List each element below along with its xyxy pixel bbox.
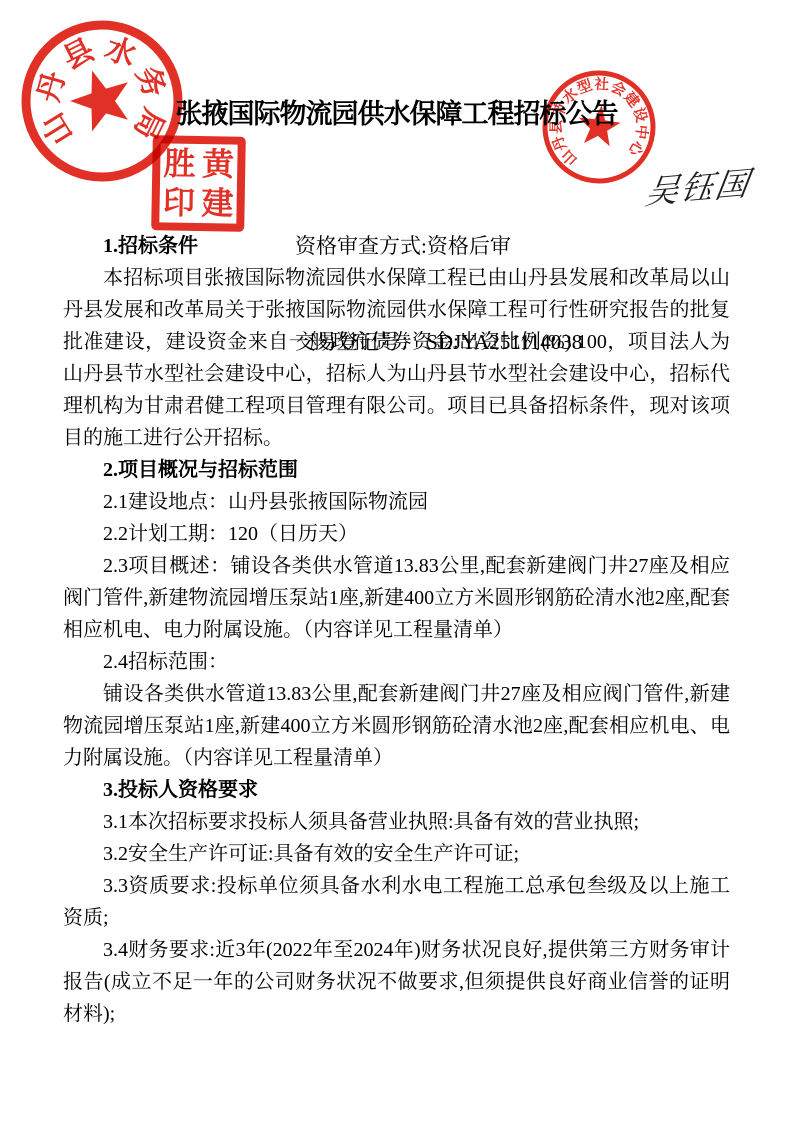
document-body: 1.招标条件本招标项目张掖国际物流园供水保障工程已由山丹县发展和改革局以山丹县发…	[63, 230, 730, 1030]
seal-char: 印	[159, 183, 198, 223]
paragraph: 3.2安全生产许可证:具备有效的安全生产许可证;	[63, 838, 730, 870]
paragraph: 3.3资质要求:投标单位须具备水利水电工程施工总承包叁级及以上施工资质;	[63, 870, 730, 934]
stamp-text-char: 县	[548, 119, 565, 134]
stamp-text-char: 水	[101, 32, 141, 74]
paragraph: 3.1本次招标要求投标人须具备营业执照:具备有效的营业执照;	[63, 806, 730, 838]
right-round-official-stamp: 山丹县节水型社会建设中心	[531, 56, 667, 197]
paragraph: 2.2计划工期：120（日历天）	[63, 518, 730, 550]
stamp-text-char: 丹	[32, 68, 72, 106]
round-stamp-graphic: 山丹县节水型社会建设中心	[531, 56, 667, 197]
star-icon	[578, 103, 624, 150]
name-seal-stamp: 胜 黄 印 建	[151, 135, 246, 232]
stamp-text-char: 务	[129, 62, 171, 102]
section-heading: 2.项目概况与招标范围	[63, 454, 730, 486]
section-heading: 1.招标条件	[63, 230, 730, 262]
seal-char: 建	[198, 184, 237, 224]
paragraph: 2.1建设地点：山丹县张掖国际物流园	[63, 486, 730, 518]
paragraph: 3.4财务要求:近3年(2022年至2024年)财务状况良好,提供第三方财务审计…	[63, 934, 730, 1030]
stamp-text-char: 中	[632, 124, 651, 140]
seal-char: 胜	[160, 143, 199, 183]
paragraph: 2.3项目概述：铺设各类供水管道13.83公里,配套新建阀门井27座及相应阀门管…	[63, 550, 730, 646]
paragraph: 铺设各类供水管道13.83公里,配套新建阀门井27座及相应阀门管件,新建物流园增…	[63, 678, 730, 774]
paragraph: 2.4招标范围：	[63, 646, 730, 678]
seal-char: 黄	[199, 144, 238, 184]
document-page: 山丹县水务局 胜 黄 印 建 山丹县节水型社会建设中心 吴钰国 张掖国际物流园供…	[0, 0, 793, 1122]
star-icon	[70, 71, 128, 132]
paragraph: 本招标项目张掖国际物流园供水保障工程已由山丹县发展和改革局以山丹县发展和改革局关…	[63, 262, 730, 454]
stamp-text-char: 社	[593, 75, 610, 94]
section-heading: 3.投标人资格要求	[63, 774, 730, 806]
